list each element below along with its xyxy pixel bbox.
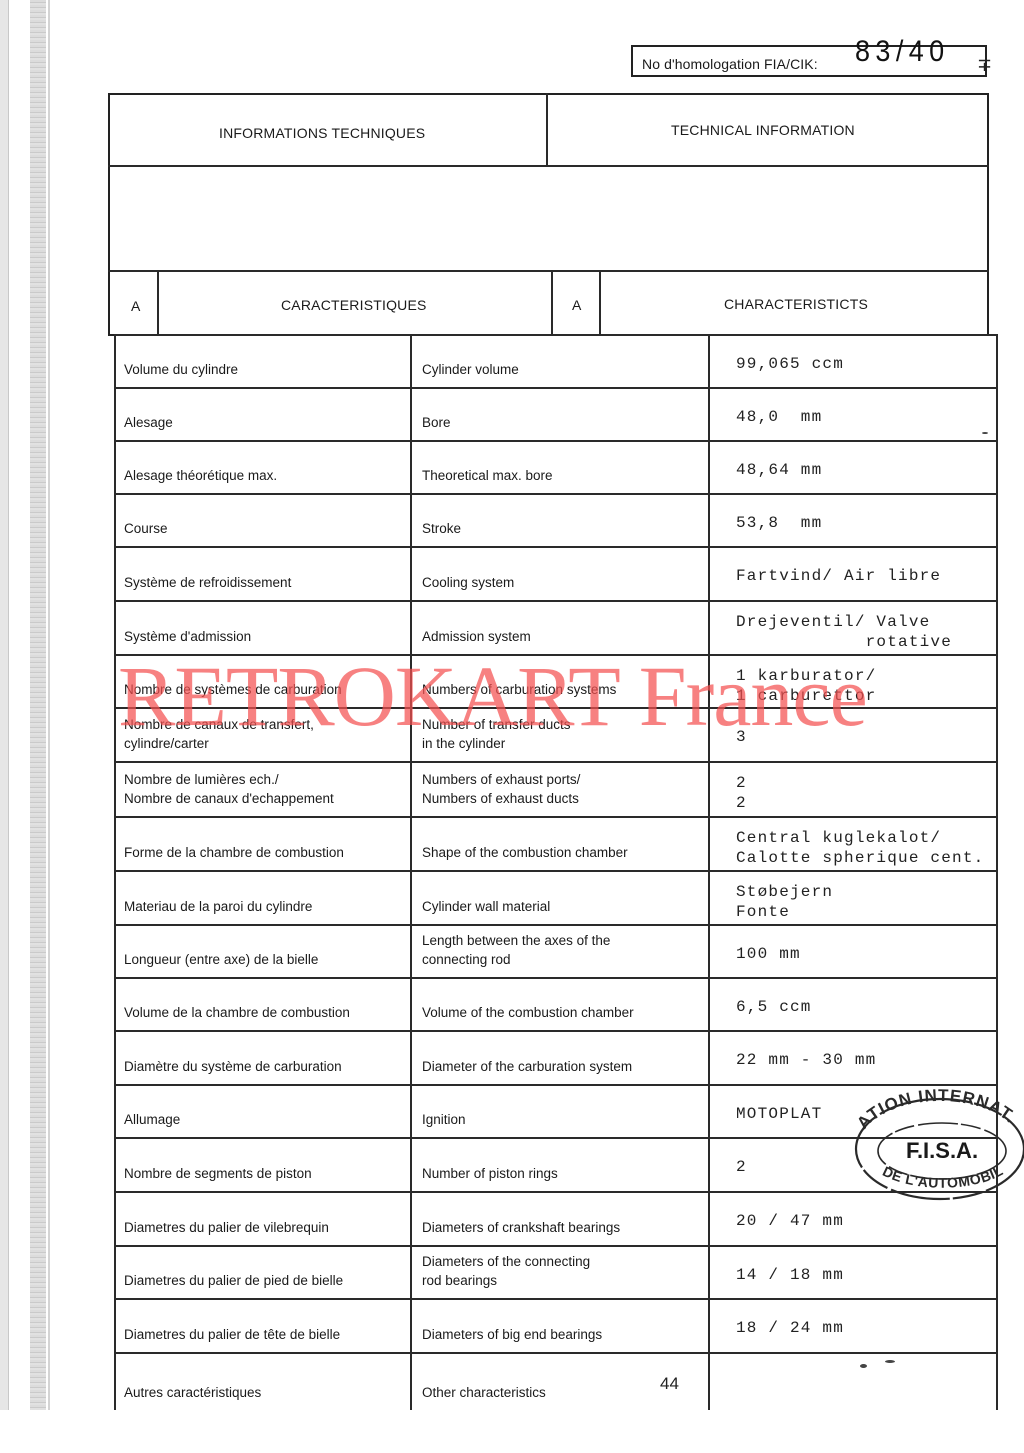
section-letter-divider-en [599, 270, 601, 334]
row-value: 48,0 mm [736, 407, 822, 427]
row-divider [114, 654, 998, 656]
section-letter-en: A [572, 297, 582, 313]
row-divider [114, 1137, 998, 1139]
scan-edge [0, 0, 9, 1410]
row-label-en: Theoretical max. bore [422, 466, 553, 485]
row-value: Drejeventil/ Valve rotative [736, 612, 952, 652]
page-bottom-margin [0, 1410, 1024, 1453]
homologation-label: No d'homologation FIA/CIK: [642, 56, 818, 72]
row-divider [114, 546, 998, 548]
row-value: 53,8 mm [736, 513, 822, 533]
row-value: MOTOPLAT [736, 1104, 822, 1124]
table-right-border [996, 334, 998, 1410]
row-label-fr: Longueur (entre axe) de la bielle [124, 950, 318, 969]
row-divider [114, 977, 998, 979]
row-label-fr: Allumage [124, 1110, 180, 1129]
row-label-en: Stroke [422, 519, 461, 538]
table-col-divider-2 [708, 334, 710, 1410]
row-value: 18 / 24 mm [736, 1318, 844, 1338]
header-divider [546, 93, 548, 167]
row-value: 1 karburator/ 1 carburettor [736, 666, 876, 706]
row-divider [114, 600, 998, 602]
row-value: 48,64 mm [736, 460, 822, 480]
scan-binding-shadow [30, 0, 46, 1410]
row-divider [114, 1298, 998, 1300]
header-title-en: TECHNICAL INFORMATION [671, 122, 855, 138]
row-value: Støbejern Fonte [736, 882, 833, 922]
row-label-en: Diameters of the connecting rod bearings [422, 1252, 590, 1290]
row-divider [114, 761, 998, 763]
scan-speck [982, 432, 988, 434]
row-divider [114, 924, 998, 926]
section-title-fr: CARACTERISTIQUES [281, 297, 427, 313]
row-label-fr: Alesage théorétique max. [124, 466, 277, 485]
row-label-fr: Nombre de lumières ech./ Nombre de canau… [124, 770, 334, 808]
row-label-fr: Système d'admission [124, 627, 251, 646]
row-label-fr: Course [124, 519, 168, 538]
row-divider [114, 493, 998, 495]
row-label-fr: Nombre de systèmes de carburation [124, 680, 342, 699]
row-divider [114, 440, 998, 442]
row-label-en: Numbers of exhaust ports/ Numbers of exh… [422, 770, 580, 808]
row-label-fr: Forme de la chambre de combustion [124, 843, 344, 862]
row-label-en: Number of piston rings [422, 1164, 558, 1183]
row-label-fr: Autres caractéristiques [124, 1383, 261, 1402]
row-value: 3 [736, 727, 747, 747]
header-title-fr: INFORMATIONS TECHNIQUES [219, 125, 425, 141]
row-divider [114, 334, 998, 336]
row-label-fr: Diamètre du système de carburation [124, 1057, 342, 1076]
row-value: 22 mm - 30 mm [736, 1050, 876, 1070]
row-label-en: Cylinder wall material [422, 897, 550, 916]
row-label-en: Diameters of crankshaft bearings [422, 1218, 620, 1237]
page-number: 44 [660, 1374, 679, 1394]
row-label-fr: Diametres du palier de pied de bielle [124, 1271, 343, 1290]
row-label-fr: Diametres du palier de tête de bielle [124, 1325, 340, 1344]
section-title-en: CHARACTERISTICTS [724, 296, 868, 312]
table-col-divider-1 [410, 334, 412, 1410]
row-label-fr: Système de refroidissement [124, 573, 291, 592]
row-label-en: Diameters of big end bearings [422, 1325, 602, 1344]
row-label-en: Volume of the combustion chamber [422, 1003, 634, 1022]
row-label-en: Bore [422, 413, 451, 432]
row-divider [114, 1352, 998, 1354]
row-label-fr: Nombre de segments de piston [124, 1164, 312, 1183]
table-left-border [114, 334, 116, 1410]
section-letter-fr: A [131, 298, 141, 314]
handwritten-mark: ∓ [977, 55, 992, 76]
row-divider [114, 1245, 998, 1247]
row-value: 2 [736, 1157, 747, 1177]
row-value: Fartvind/ Air libre [736, 566, 941, 586]
row-label-fr: Diametres du palier de vilebrequin [124, 1218, 329, 1237]
row-label-fr: Volume de la chambre de combustion [124, 1003, 350, 1022]
row-divider [114, 387, 998, 389]
row-value: 99,065 ccm [736, 354, 844, 374]
scan-speck [885, 1360, 895, 1363]
row-value: Central kuglekalot/ Calotte spherique ce… [736, 828, 984, 868]
stamp-center: F.I.S.A. [906, 1138, 978, 1163]
row-divider [114, 816, 998, 818]
row-value: 20 / 47 mm [736, 1211, 844, 1231]
section-top-line [108, 270, 989, 272]
row-label-fr: Alesage [124, 413, 173, 432]
homologation-number: 83/40 [855, 35, 950, 69]
scan-binding-line [48, 0, 50, 1410]
row-label-fr: Volume du cylindre [124, 360, 238, 379]
row-label-en: Number of transfer ducts in the cylinder [422, 715, 571, 753]
section-divider [551, 270, 553, 334]
homologation-box: No d'homologation FIA/CIK: 83/40 ∓ [631, 45, 987, 77]
row-label-en: Cooling system [422, 573, 514, 592]
row-label-en: Admission system [422, 627, 531, 646]
row-label-en: Shape of the combustion chamber [422, 843, 628, 862]
row-label-fr: Nombre de canaux de transfert, cylindre/… [124, 715, 314, 753]
row-label-en: Numbers of carburation systems [422, 680, 616, 699]
row-divider [114, 1030, 998, 1032]
row-value: 100 mm [736, 944, 801, 964]
row-divider [114, 870, 998, 872]
row-divider [114, 1084, 998, 1086]
row-value: 2 2 [736, 773, 747, 813]
row-label-en: Other characteristics [422, 1383, 546, 1402]
row-label-en: Cylinder volume [422, 360, 519, 379]
row-divider [114, 707, 998, 709]
row-label-en: Diameter of the carburation system [422, 1057, 632, 1076]
scan-speck [860, 1364, 867, 1368]
row-value: 14 / 18 mm [736, 1265, 844, 1285]
section-letter-divider-fr [157, 270, 159, 334]
header-bottom-line [108, 165, 989, 167]
row-label-en: Ignition [422, 1110, 466, 1129]
row-label-en: Length between the axes of the connectin… [422, 931, 610, 969]
row-value: 6,5 ccm [736, 997, 812, 1017]
row-label-fr: Materiau de la paroi du cylindre [124, 897, 312, 916]
row-divider [114, 1191, 998, 1193]
